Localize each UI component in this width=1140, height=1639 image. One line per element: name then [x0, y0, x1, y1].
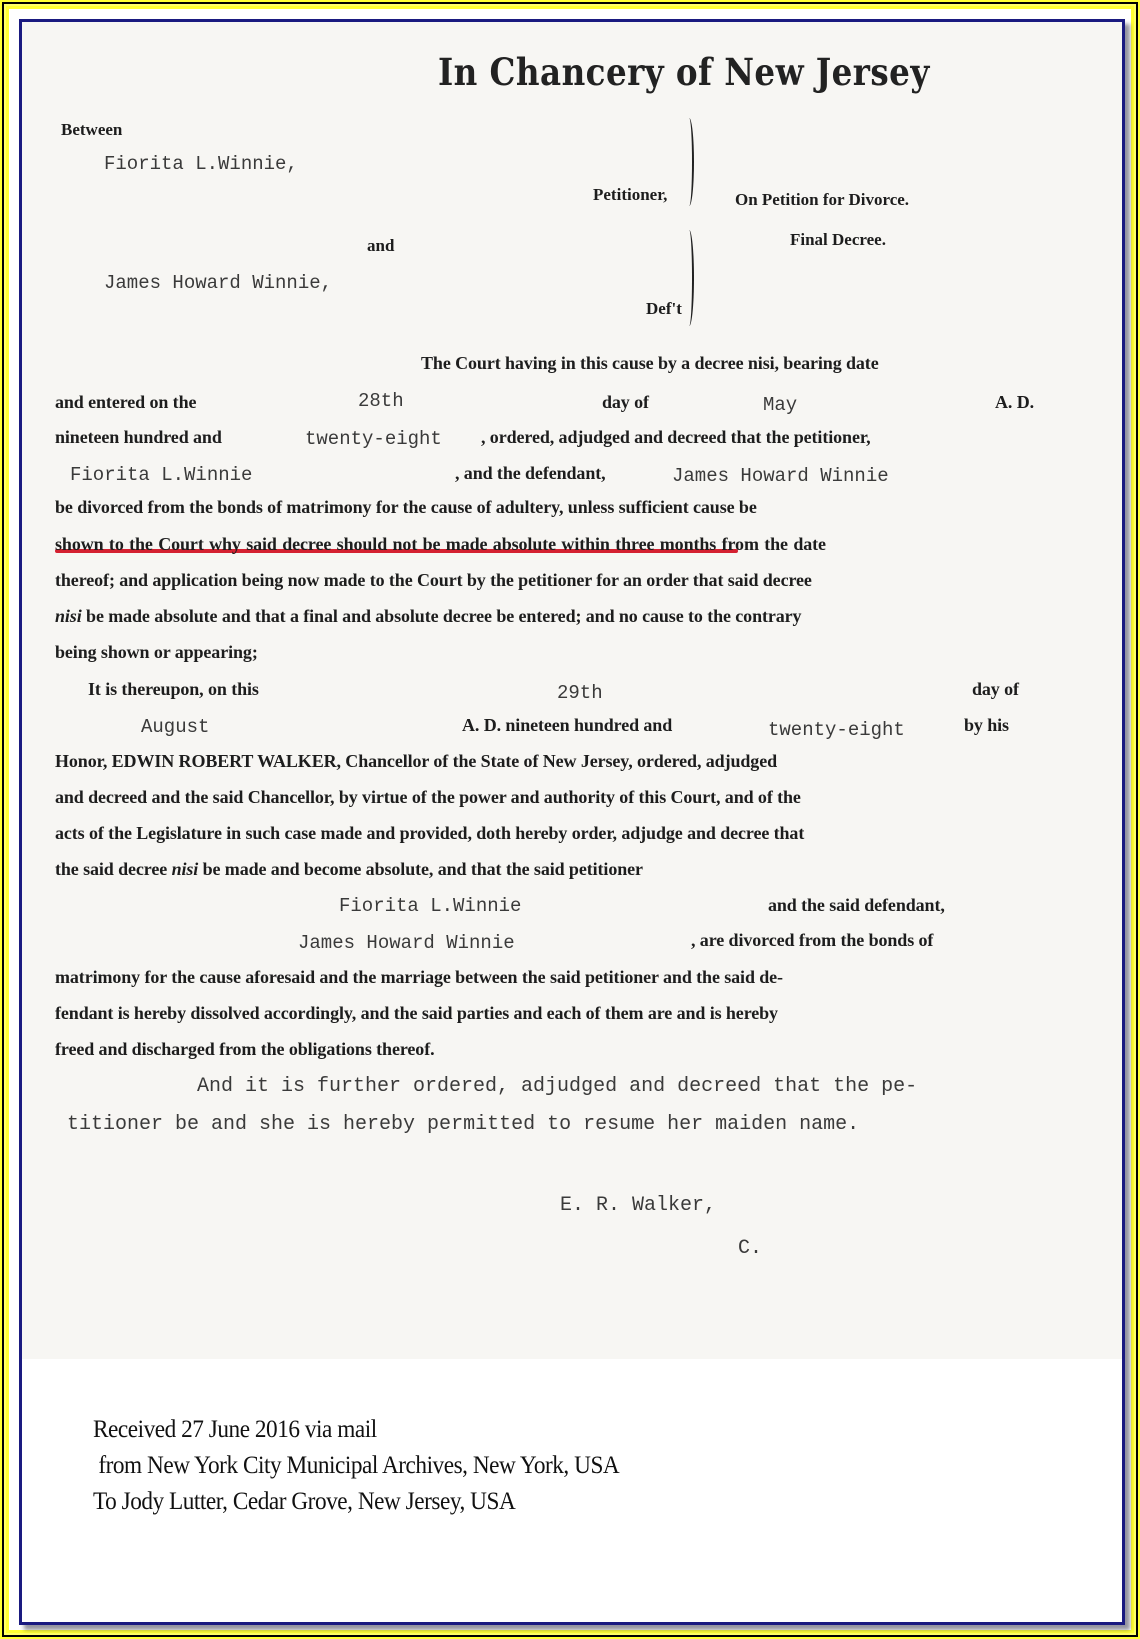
p1-and-defendant-label: , and the defendant,: [455, 463, 606, 484]
document-panel: In Chancery of New Jersey Between Fiorit…: [19, 19, 1125, 1625]
decree-type: Final Decree.: [790, 230, 886, 250]
inner-frame: In Chancery of New Jersey Between Fiorit…: [6, 6, 1134, 1633]
p1-year-field: twenty-eight: [305, 428, 442, 450]
p1-day-field: 28th: [358, 390, 404, 412]
proceeding-title: On Petition for Divorce.: [735, 190, 909, 210]
p2-ad-label: A. D. nineteen hundred and: [462, 715, 672, 736]
p1-line9: being shown or appearing;: [55, 642, 258, 663]
p2-line9: matrimony for the cause aforesaid and th…: [55, 967, 783, 988]
p1-petitioner-field: Fiorita L.Winnie: [70, 464, 252, 486]
p2-line10: fendant is hereby dissolved accordingly,…: [55, 1003, 778, 1024]
p2-line3: Honor, EDWIN ROBERT WALKER, Chancellor o…: [55, 751, 777, 772]
p1-line7: thereof; and application being now made …: [55, 570, 812, 591]
p1-ad-label: A. D.: [995, 392, 1034, 413]
signature-name: E. R. Walker,: [560, 1194, 716, 1217]
caption-petitioner-name: Fiorita L.Winnie,: [104, 153, 298, 175]
scanned-decree: In Chancery of New Jersey Between Fiorit…: [22, 22, 1122, 1359]
caption-brace-upper: [686, 118, 694, 206]
annotation-received: Received 27 June 2016 via mail: [93, 1416, 377, 1444]
p2-line5: acts of the Legislature in such case mad…: [55, 823, 804, 844]
p1-defendant-field: James Howard Winnie: [672, 465, 889, 487]
outer-frame: In Chancery of New Jersey Between Fiorit…: [2, 2, 1138, 1637]
p2-and-defendant-label: and the said defendant,: [768, 895, 945, 916]
highlighted-adultery-clause: divorced from the bonds of matrimony for…: [77, 497, 563, 517]
court-title: In Chancery of New Jersey: [438, 50, 930, 94]
p3-line1: And it is further ordered, adjudged and …: [197, 1075, 917, 1098]
and-label: and: [367, 236, 394, 256]
p1-ordered-text: , ordered, adjudged and decreed that the…: [481, 427, 870, 448]
p1-line5: be divorced from the bonds of matrimony …: [55, 497, 757, 518]
p1-month-field: May: [763, 394, 797, 416]
signature-title: C.: [738, 1237, 762, 1260]
annotation-recipient: To Jody Lutter, Cedar Grove, New Jersey,…: [93, 1488, 515, 1516]
annotation-source: from New York City Municipal Archives, N…: [93, 1452, 619, 1480]
p2-defendant-field: James Howard Winnie: [298, 932, 515, 954]
p2-month-field: August: [141, 716, 209, 738]
p1-day-of-label: day of: [602, 392, 649, 413]
p2-by-his-label: by his: [964, 715, 1009, 736]
p2-line6: the said decree nisi be made and become …: [55, 859, 643, 880]
p2-thereupon-label: It is thereupon, on this: [88, 679, 259, 700]
p2-divorced-label: , are divorced from the bonds of: [691, 930, 933, 951]
p3-line2: titioner be and she is hereby permitted …: [67, 1113, 859, 1136]
defendant-role: Def't: [646, 299, 682, 319]
p2-day-field: 29th: [557, 682, 603, 704]
p1-nineteen-label: nineteen hundred and: [55, 427, 222, 448]
p1-intro: The Court having in this cause by a decr…: [421, 353, 879, 374]
p2-year-field: twenty-eight: [768, 719, 905, 741]
p1-line6: shown to the Court why said decree shoul…: [55, 534, 826, 555]
p2-day-of-label: day of: [972, 679, 1019, 700]
p2-line11: freed and discharged from the obligation…: [55, 1039, 435, 1060]
p2-line4: and decreed and the said Chancellor, by …: [55, 787, 801, 808]
p1-line8: nisi be made absolute and that a final a…: [55, 606, 801, 627]
p1-entered-label: and entered on the: [55, 392, 196, 413]
petitioner-role: Petitioner,: [593, 185, 667, 205]
between-label: Between: [61, 120, 122, 140]
p2-petitioner-field: Fiorita L.Winnie: [339, 895, 521, 917]
caption-brace-lower: [686, 230, 694, 326]
caption-defendant-name: James Howard Winnie,: [104, 272, 332, 294]
